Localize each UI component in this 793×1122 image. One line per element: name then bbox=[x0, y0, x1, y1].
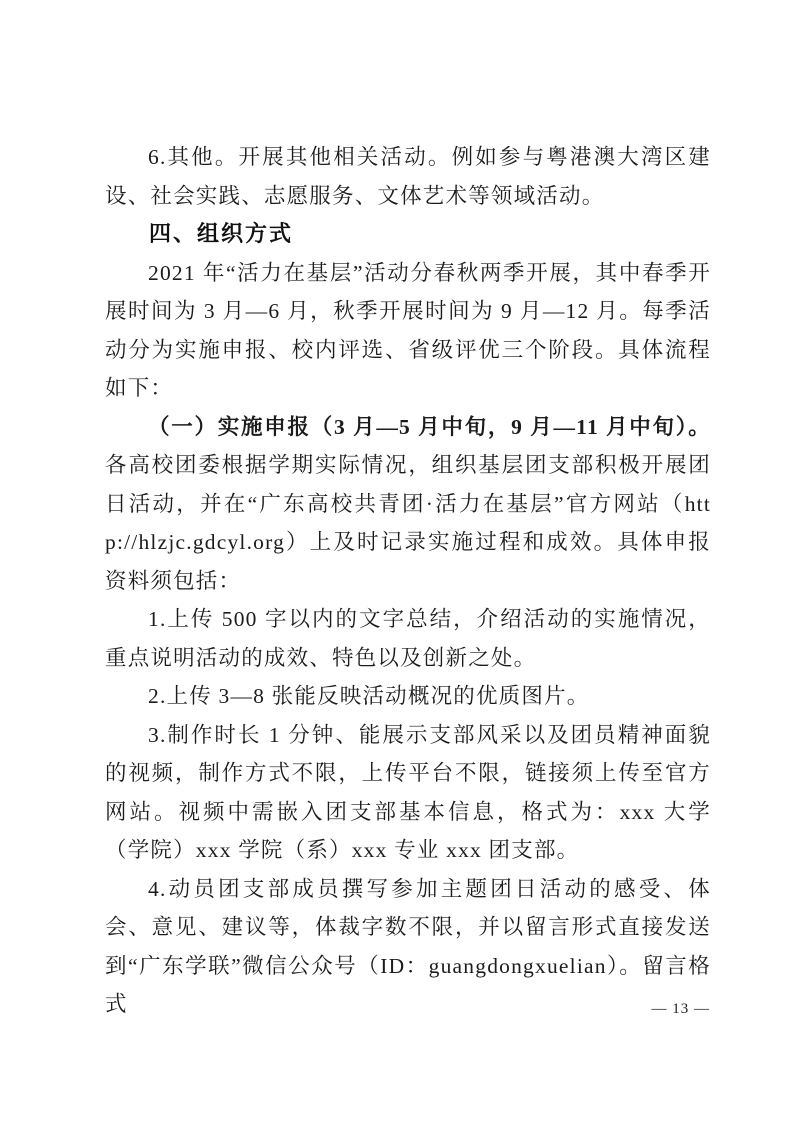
paragraph-implementation-declaration: （一）实施申报（3 月—5 月中旬，9 月—11 月中旬）。各高校团委根据学期实… bbox=[105, 408, 711, 601]
paragraph-other-activities: 6.其他。开展其他相关活动。例如参与粤港澳大湾区建设、社会实践、志愿服务、文体艺… bbox=[105, 138, 711, 215]
document-page: 6.其他。开展其他相关活动。例如参与粤港澳大湾区建设、社会实践、志愿服务、文体艺… bbox=[0, 0, 793, 1122]
paragraph-schedule-overview: 2021 年“活力在基层”活动分春秋两季开展，其中春季开展时间为 3 月—6 月… bbox=[105, 254, 711, 408]
document-body: 6.其他。开展其他相关活动。例如参与粤港澳大湾区建设、社会实践、志愿服务、文体艺… bbox=[105, 138, 711, 1024]
list-item-member-feedback: 4.动员团支部成员撰写参加主题团日活动的感受、体会、意见、建议等，体裁字数不限，… bbox=[105, 870, 711, 1024]
list-item-text-summary: 1.上传 500 字以内的文字总结，介绍活动的实施情况，重点说明活动的成效、特色… bbox=[105, 600, 711, 677]
list-item-photos: 2.上传 3—8 张能反映活动概况的优质图片。 bbox=[105, 677, 711, 716]
section-implementation-title: （一）实施申报（3 月—5 月中旬，9 月—11 月中旬）。 bbox=[148, 415, 711, 439]
page-number: — 13 — bbox=[652, 1001, 711, 1018]
section-implementation-body: 各高校团委根据学期实际情况，组织基层团支部积极开展团日活动，并在“广东高校共青团… bbox=[105, 453, 711, 593]
list-item-video: 3.制作时长 1 分钟、能展示支部风采以及团员精神面貌的视频，制作方式不限，上传… bbox=[105, 716, 711, 870]
heading-organization-method: 四、组织方式 bbox=[105, 215, 711, 254]
